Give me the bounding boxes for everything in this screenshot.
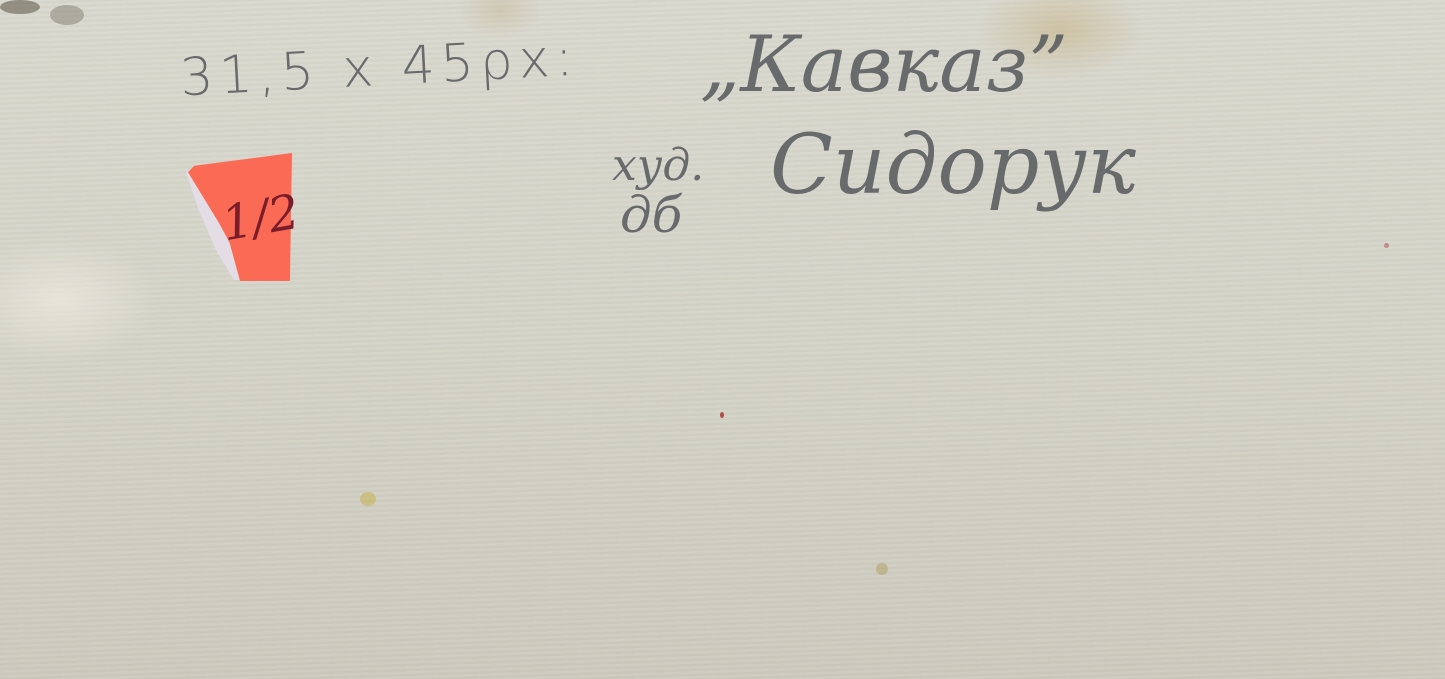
stain-yellow-dot — [876, 563, 888, 575]
stain-red-dot — [1384, 243, 1389, 248]
title-inscription: „Кавказ” — [700, 20, 1068, 110]
artist-inscription: Сидорук — [770, 118, 1136, 213]
mark-inscription: дб — [620, 186, 682, 244]
dimensions-inscription: 31,5 x 45ρх: — [179, 28, 581, 109]
artist-prefix-inscription: худ. — [612, 140, 704, 191]
stain-dark-top-left — [50, 5, 84, 25]
stain-red-dot — [720, 412, 724, 418]
sticker-text: 1/2 — [218, 184, 304, 253]
stain-yellow-dot — [360, 492, 376, 506]
stain-dark-corner — [0, 0, 40, 14]
